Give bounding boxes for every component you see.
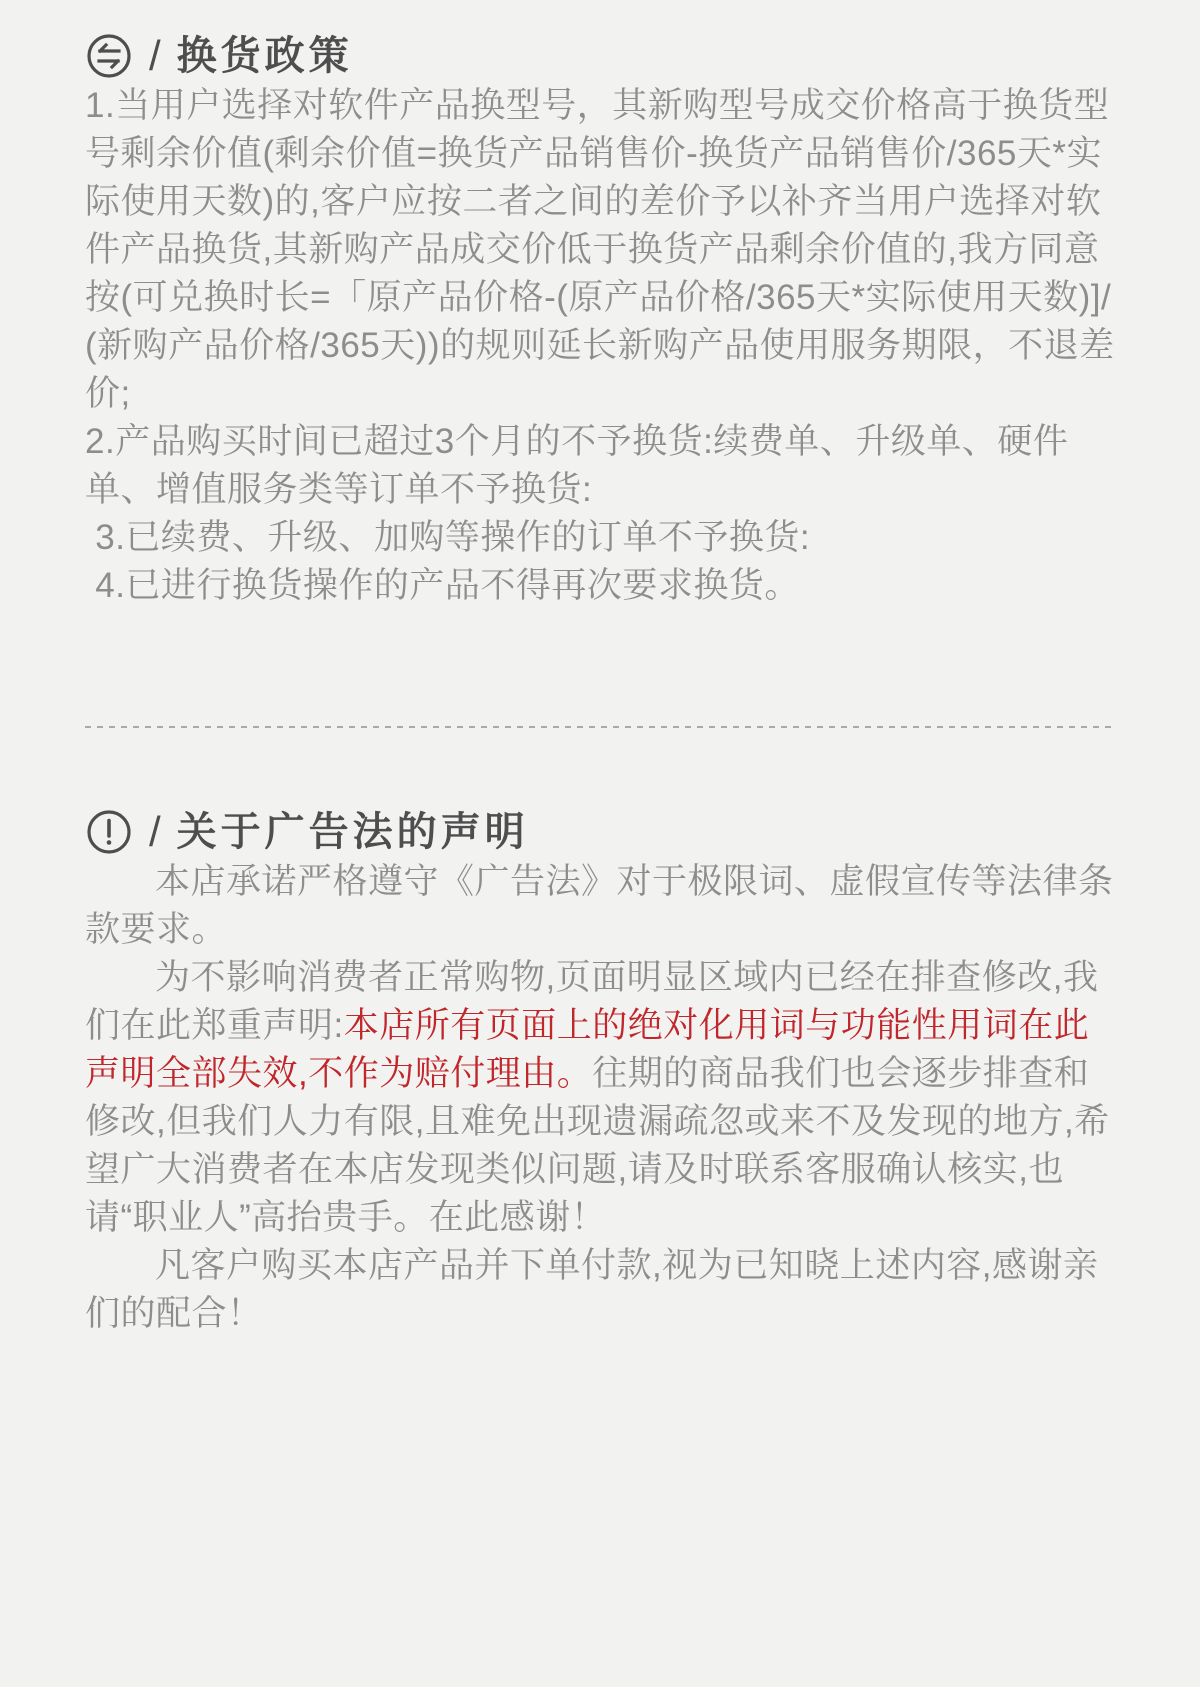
exchange-policy-item-3: 3.已续费、升级、加购等操作的订单不予换货: [85, 514, 1115, 562]
adlaw-paragraph-3: 凡客户购买本店产品并下单付款,视为已知晓上述内容,感谢亲们的配合！ [85, 1242, 1115, 1338]
exchange-policy-item-4: 4.已进行换货操作的产品不得再次要求换货。 [85, 562, 1115, 610]
policy-page: / 换货政策 1.当用户选择对软件产品换型号，其新购型号成交价格高于换货型号剩余… [0, 0, 1200, 1687]
heading-slash: / [149, 806, 161, 858]
exclamation-circle-icon [85, 808, 133, 856]
exchange-policy-title: 换货政策 [177, 30, 353, 82]
adlaw-statement-title: 关于广告法的声明 [177, 806, 529, 858]
dashed-divider [85, 726, 1115, 728]
swap-arrows-icon [85, 32, 133, 80]
adlaw-statement-heading: / 关于广告法的声明 [85, 806, 1115, 858]
heading-slash: / [149, 30, 161, 82]
adlaw-paragraph-1: 本店承诺严格遵守《广告法》对于极限词、虚假宣传等法律条款要求。 [85, 858, 1115, 954]
adlaw-paragraph-2: 为不影响消费者正常购物,页面明显区域内已经在排查修改,我们在此郑重声明:本店所有… [85, 954, 1115, 1242]
exchange-policy-item-2: 2.产品购买时间已超过3个月的不予换货:续费单、升级单、硬件单、增值服务类等订单… [85, 418, 1115, 514]
exchange-policy-item-1: 1.当用户选择对软件产品换型号，其新购型号成交价格高于换货型号剩余价值(剩余价值… [85, 82, 1115, 418]
exchange-policy-heading: / 换货政策 [85, 30, 1115, 82]
